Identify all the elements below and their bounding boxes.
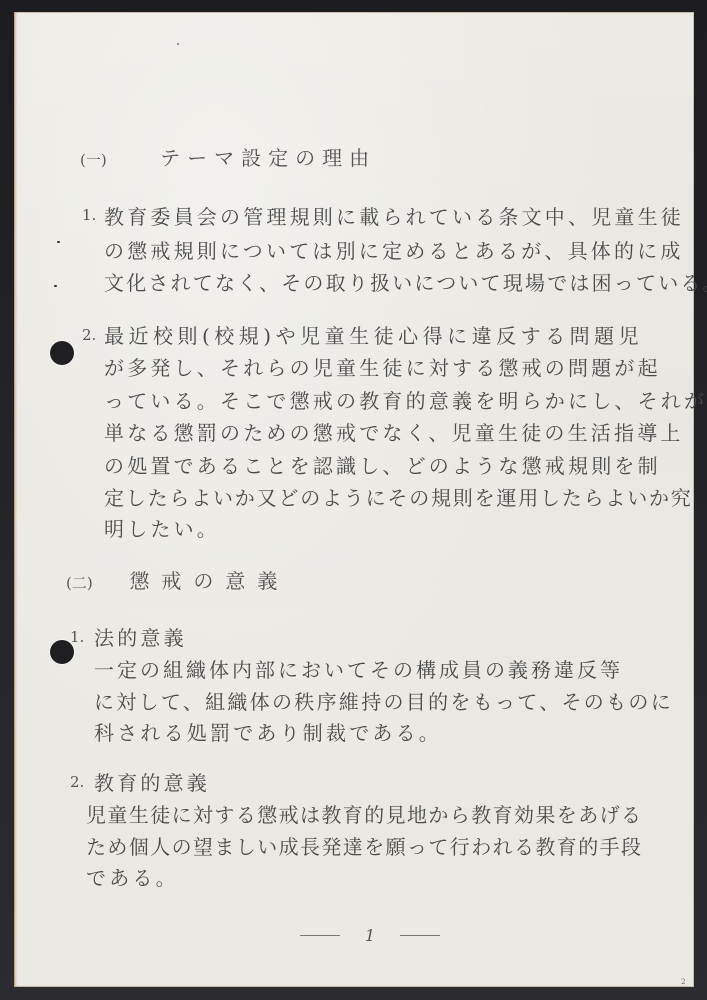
- subitem-2-title: 教育的意義: [94, 767, 210, 796]
- item-1-number: 1.: [82, 206, 96, 224]
- item-2-line-4: 単なる懲罰のための懲戒でなく、児童生徒の生活指導上: [104, 417, 684, 446]
- subitem-2-line-1: 児童生徒に対する懲戒は教育的見地から教育効果をあげる: [86, 799, 642, 828]
- section-2-heading: (二) 懲戒の意義: [66, 565, 289, 594]
- item-1-line-1: 教育委員会の管理規則に載られている条文中、児童生徒: [104, 201, 684, 230]
- subitem-1-line-1: 一定の組織体内部においてその構成員の義務違反等: [94, 654, 623, 683]
- section-1-heading: (一) テーマ設定の理由: [80, 142, 376, 171]
- subitem-2-line-3: である。: [86, 862, 179, 891]
- item-2-line-7: 明したい。: [104, 513, 220, 542]
- section-2-title: 懲戒の意義: [129, 569, 289, 593]
- subitem-1-line-3: 科される処罰であり制裁である。: [94, 717, 442, 746]
- item-1-line-3: 文化されてなく、その取り扱いについて現場では困っている。: [104, 267, 707, 296]
- subitem-1-number: 1.: [70, 628, 84, 646]
- paper-mark: [54, 285, 57, 287]
- item-2-line-3: っている。そこで懲戒の教育的意義を明らかにし、それが: [104, 385, 707, 414]
- subitem-1-title: 法的意義: [94, 622, 187, 651]
- punch-hole-icon: [50, 341, 74, 365]
- item-2-line-2: が多発し、それらの児童生徒に対する懲戒の問題が起: [104, 352, 661, 381]
- item-2-line-1: 最近校則(校規)や児童生徒心得に違反する問題児: [104, 320, 643, 349]
- page-number-value: 1: [365, 926, 375, 945]
- item-2-number: 2.: [82, 326, 96, 344]
- subitem-1-line-2: に対して、組織体の秩序維持の目的をもって、そのものに: [94, 686, 673, 715]
- item-2-line-6: 定したらよいか又どのようにその規則を運用したらよいか究: [104, 482, 693, 511]
- corner-mark: 2: [681, 978, 685, 986]
- item-2-line-5: の処置であることを認識し、どのような懲戒規則を制: [104, 450, 661, 479]
- subitem-2-line-2: ため個人の望ましい成長発達を願って行われる教育的手段: [86, 831, 642, 860]
- page-number-dash: [400, 935, 440, 936]
- item-1-line-2: の懲戒規則については別に定めるとあるが、具体的に成: [104, 235, 684, 264]
- section-1-marker: (一): [80, 151, 107, 169]
- section-1-title: テーマ設定の理由: [160, 146, 376, 170]
- paper-mark: [177, 43, 179, 45]
- subitem-2-number: 2.: [70, 773, 84, 791]
- page-number: 1: [300, 925, 440, 945]
- section-2-marker: (二): [66, 574, 93, 592]
- page-number-dash: [300, 935, 340, 936]
- paper-mark: [57, 241, 60, 243]
